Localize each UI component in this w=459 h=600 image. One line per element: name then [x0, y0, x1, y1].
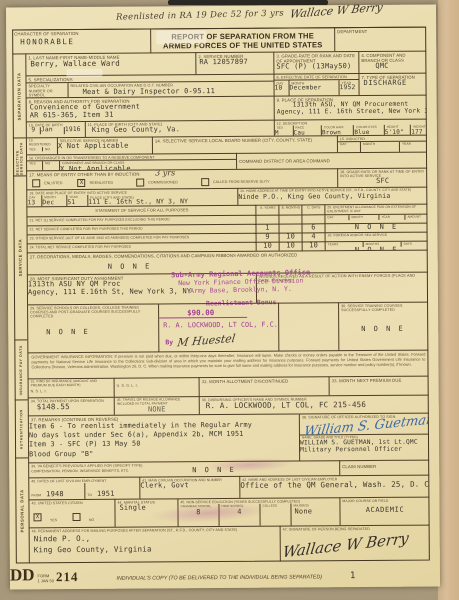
field-disbursing-officer: 36. DISBURSING OFFICER'S NAME AND SYMBOL…: [199, 395, 429, 415]
disbursing-officer-value: R. A. LOCKWOOD, LT COL, FC 215-456: [200, 401, 429, 411]
field-main-occupation: 41. MAIN CIVILIAN OCCUPATION AND NUMBER …: [139, 476, 239, 499]
commissioned-checkbox: [136, 179, 144, 187]
field-last-employer: 42. NAME AND ADDRESS OF LAST CIVILIAN EM…: [239, 475, 429, 498]
called-from-reserve-checkbox: [201, 178, 209, 186]
by-signature: M Huestel: [177, 332, 237, 350]
character-of-separation-box: CHARACTER OF SEPARATION HONORABLE: [12, 29, 150, 54]
sep-year: 1952: [340, 86, 359, 93]
field-type-of-separation: 7. TYPE OF SEPARATION DISCHARGE: [358, 73, 426, 95]
section-selective-service-data: SELECTIVE SERVICE DATA: [13, 137, 26, 175]
reenlistment-note-text: Reenlisted in RA 19 Dec 52 for 3 yrs: [116, 9, 284, 23]
citizen-yes-checkbox: X: [34, 513, 42, 521]
total-payment-value: $148.55: [29, 403, 114, 412]
service-number-value: RA 12057897: [196, 59, 273, 67]
department-box: DEPARTMENT: [334, 27, 426, 52]
field-grade-rank: 3. GRADE-RATE OR RANK AND DATE OF APPOIN…: [273, 51, 358, 74]
net-service-years: 1: [256, 225, 278, 233]
field-entry-date-place: 19. DATE AND PLACE OF ENTRY INTO ACTIVE …: [26, 188, 237, 206]
field-usgli: U. S. G. L. I.: [114, 377, 199, 397]
field-last-name: 1. LAST NAME-FIRST NAME-MIDDLE NAME Berr…: [25, 52, 195, 75]
field-remarks: 37. REMARKS (Continue on reverse) Item 6…: [28, 413, 299, 462]
form-number: 214: [56, 569, 79, 585]
field-employment-dates: 40. DATES OF LAST CIVILIAN EMPLOYMENT FR…: [28, 477, 139, 500]
travel-allowance-value: NONE: [115, 406, 199, 414]
employer-value: Office of the QM General, Wash. 25, D. C…: [240, 481, 429, 491]
field-total-payment: 34. TOTAL PAYMENT UPON SEPARATION $148.5…: [28, 397, 114, 416]
mailing-line2: King Geo County, Virginia: [30, 543, 280, 556]
paper-artifact: [66, 69, 102, 77]
reenlistment-note-signature: Wallace W Berry: [289, 1, 384, 21]
field-nsli: 31. KIND OF INSURANCE (Amount and premiu…: [28, 378, 114, 398]
place-line2: Agency, 111 E. 16th Street, New York 3, …: [275, 109, 427, 117]
field-grade-at-entry: 18. GRADE-RATE OR RANK AT TIME OF ENTRY …: [337, 168, 427, 188]
birth-day: 9: [27, 127, 40, 134]
copy-designation: INDIVIDUAL'S COPY (TO BE DELIVERED TO TH…: [116, 574, 322, 581]
type-of-separation-value: DISCHARGE: [359, 80, 426, 88]
field-place-of-birth: 11. PLACE OF BIRTH (City and State) King…: [85, 120, 274, 137]
ss-number-value: X Not Applicable: [58, 143, 152, 151]
schools-blank-cell: [278, 302, 338, 350]
handwritten-note: Reenlisted in RA 19 Dec 52 for 3 yrs Wal…: [116, 0, 446, 25]
sep-day: 10: [275, 86, 289, 93]
grade-value: SFC (P) (13May50): [274, 63, 358, 71]
major-course-value: ACADEMIC: [340, 503, 429, 515]
specializations-box: 5. SPECIALIZATIONS SPECIALTY NUMBER OR S…: [25, 74, 273, 98]
paper-artifact: [156, 30, 206, 44]
department-label: DEPARTMENT: [335, 28, 426, 35]
field-selective-service-number: SELECTIVE SERVICE NUMBER X Not Applicabl…: [57, 136, 152, 154]
field-component-branch: 4. COMPONENT AND BRANCH OR CLASS QMC: [358, 51, 426, 73]
form-footer: DD FORM 1 JAN 50 214 INDIVIDUAL'S COPY (…: [10, 563, 430, 586]
section-personal-data: PERSONAL DATA: [15, 457, 29, 563]
schools-dates-cell: $90.00 R. A. LOCKWOOD, LT COL, F.C. By M…: [158, 303, 278, 352]
page-number: 1: [350, 571, 355, 581]
edu-majors: None: [291, 508, 339, 516]
section-service-data: SERVICE DATA: [13, 175, 27, 339]
form-paper: Reenlisted in RA 19 Dec 52 for 3 yrs Wal…: [6, 5, 440, 590]
reason-place-row: 8. REASON AND AUTHORITY FOR SEPARATION C…: [26, 95, 427, 122]
birth-month: Jan: [41, 127, 64, 134]
birth-year: 1916: [65, 127, 85, 134]
field-local-board: 14. SELECTIVE SERVICE LOCAL BOARD NUMBER…: [152, 135, 337, 153]
form-header-row: CHARACTER OF SEPARATION HONORABLE REPORT…: [12, 27, 426, 54]
field-mailing-address: 46. PERMANENT ADDRESS FOR MAILING PURPOS…: [29, 526, 280, 564]
component-value: QMC: [359, 63, 426, 71]
bonus-amount-stamp: $90.00: [159, 304, 247, 319]
field-major-course: MAJOR COURSE OR FIELD ACADEMIC: [339, 497, 429, 526]
field-month-allotment-discontinued: 32. MONTH ALLOTMENT DISCONTINUED: [199, 376, 329, 396]
field-effective-date: 6. EFFECTIVE DATE OF SEPARATION DAY10 MO…: [273, 73, 358, 96]
citizen-no-checkbox: [73, 513, 81, 521]
reason-line2: AR 615-365, Item 31: [27, 110, 274, 119]
field-service-schools: 29. SERVICE SCHOOLS OR COLLEGES, COLLEGE…: [27, 303, 158, 352]
field-month-next-premium: 33. MONTH NEXT PREMIUM DUE: [329, 376, 429, 396]
employment-to: 1951: [93, 490, 115, 498]
section-insurance-pay-data: INSURANCE PAY DATA: [14, 339, 27, 399]
field-claim-number: CLAIM NUMBER: [339, 460, 429, 476]
field-officer-signature: 38. SIGNATURE OF OFFICER AUTHORIZED TO S…: [299, 413, 429, 461]
field-travel-allowance: 35. TRAVEL OR MILEAGE ALLOWANCE INCLUDED…: [114, 396, 199, 415]
field-specialty-number: SPECIALTY NUMBER OR SYMBOL 1120: [27, 83, 69, 97]
means-note-handwritten: 3 yrs: [155, 168, 175, 177]
occupation-value: Clerk, Govt: [140, 482, 239, 490]
field-us-citizen: 43. UNITED STATES CITIZEN X YES NO: [28, 499, 114, 528]
field-command-district: COMMAND DISTRICT OR AREA COMMAND: [236, 152, 427, 169]
field-date-of-birth: 10. DATE OF BIRTH 9 Jan 1916: [26, 121, 85, 137]
field-reserve-transfer: 16. DISCHARGED IN OR TRANSFERRED TO A RE…: [26, 153, 236, 170]
place-of-birth-value: King Geo County, Va.: [86, 126, 274, 135]
net-service-days: 6: [302, 224, 324, 232]
schools-row: 29. SERVICE SCHOOLS OR COLLEGES, COLLEGE…: [27, 302, 428, 353]
grade-at-entry-value: SFC: [338, 178, 427, 186]
field-home-address-entry: 20. HOME ADDRESS AT TIME OF ENTRY INTO A…: [237, 187, 427, 205]
sep-month: December: [290, 86, 339, 93]
field-separatee-signature: 47. SIGNATURE OF PERSON BEING SEPARATED …: [280, 525, 430, 562]
field-place-of-separation: 9. PLACE OF SEPARATION 1313th ASU, NY QM…: [274, 95, 427, 120]
field-service-number: 2. SERVICE NUMBER RA 12057897: [195, 52, 273, 75]
field-means-of-entry: 17. MEANS OF ENTRY OTHER THAN BY INDUCTI…: [26, 168, 337, 189]
home-address-value: Ninde P.O., King Geo County, Virginia: [238, 192, 427, 200]
government-insurance-note: GOVERNMENT INSURANCE INFORMATION: If pre…: [28, 351, 428, 372]
reenlisted-checkbox: X: [78, 179, 86, 187]
character-value: HONORABLE: [12, 36, 150, 47]
section-separation-data: SEPARATION DATA: [12, 53, 26, 137]
name-value: Berry, Wallace Ward: [26, 59, 195, 68]
remarks-row: 37. REMARKS (Continue on reverse) Item 6…: [28, 413, 429, 463]
schools-value: N O N E: [28, 318, 158, 337]
field-reason-authority: 8. REASON AND AUTHORITY FOR SEPARATION C…: [26, 96, 274, 122]
section-authentication: AUTHENTICATION: [15, 399, 28, 457]
field-registered: 13. REGISTERED YES NO: [26, 137, 57, 154]
field-service-training: 30. SERVICE TRAINING COURSES SUCCESSFULL…: [338, 302, 428, 351]
training-value: N O N E: [339, 312, 428, 334]
field-description: 12. DESCRIPTION SEXM RACECau COLOR HAIRB…: [274, 119, 427, 136]
scan-backing-strip: [438, 0, 459, 600]
field-inducted: 15. INDUCTED DAY MONTH YEAR: [337, 135, 427, 153]
civilian-employment-row: 40. DATES OF LAST CIVILIAN EMPLOYMENT FR…: [28, 475, 429, 500]
lockwood-stamp: R. A. LOCKWOOD, LT COL, F.C.: [159, 318, 278, 330]
scanned-dd214-document: Reenlisted in RA 19 Dec 52 for 3 yrs Wal…: [0, 0, 459, 600]
employment-from: 1948: [42, 490, 64, 498]
enlisted-checkbox: [32, 179, 40, 187]
officer-typed-title: Military Personnel Officer: [300, 446, 429, 454]
mailing-row: 46. PERMANENT ADDRESS FOR MAILING PURPOS…: [29, 525, 430, 564]
form-edition: FORM 1 JAN 50: [37, 574, 54, 583]
dd-mark: DD: [10, 565, 35, 585]
insurance-note-row: GOVERNMENT INSURANCE INFORMATION: If pre…: [27, 350, 428, 379]
